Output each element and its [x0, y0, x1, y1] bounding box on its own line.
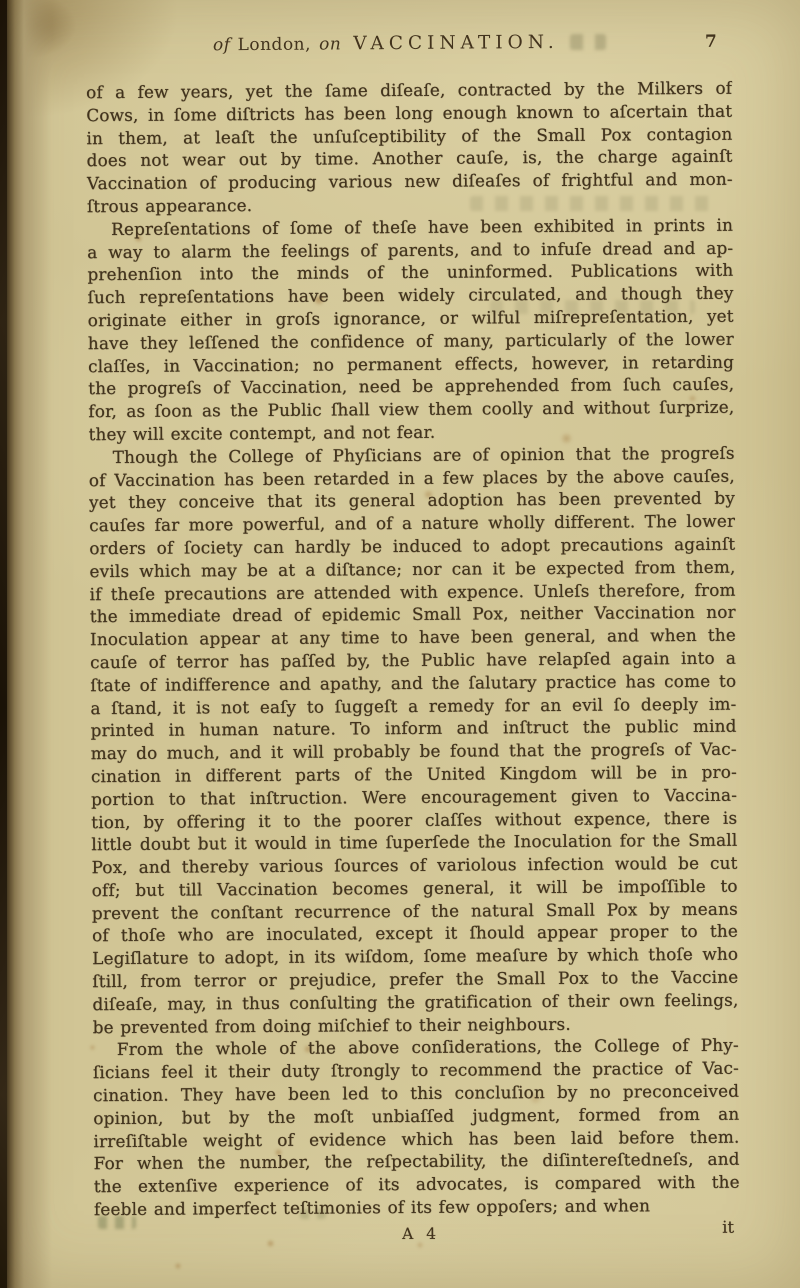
header-title: VACCINATION. [353, 32, 558, 54]
page-content: of London, on VACCINATION. 7 of a few ye… [0, 0, 800, 1288]
text-line: for, as ſoon as the Public ſhall view th… [88, 396, 734, 423]
header-word-on: on [319, 34, 341, 54]
signature-mark: A 4 [394, 1225, 440, 1243]
catchword: it [722, 1218, 734, 1237]
running-header: of London, on VACCINATION. 7 [86, 31, 732, 60]
header-word-of: of [213, 35, 231, 55]
page-number: 7 [705, 32, 718, 52]
footer-line: A 4 it [94, 1222, 740, 1251]
header-word-london: London, [237, 35, 311, 56]
text-line: diſeaſe, may, in thus conſulting the gra… [92, 989, 738, 1016]
text-line: feeble and imperfect teſtimonies of its … [94, 1194, 740, 1221]
body-text: of a few years, yet the ſame diſeaſe, co… [86, 77, 740, 1221]
text-line: Vaccination of producing various new diſ… [87, 168, 733, 195]
book-page-scan: of London, on VACCINATION. 7 of a few ye… [0, 0, 800, 1288]
